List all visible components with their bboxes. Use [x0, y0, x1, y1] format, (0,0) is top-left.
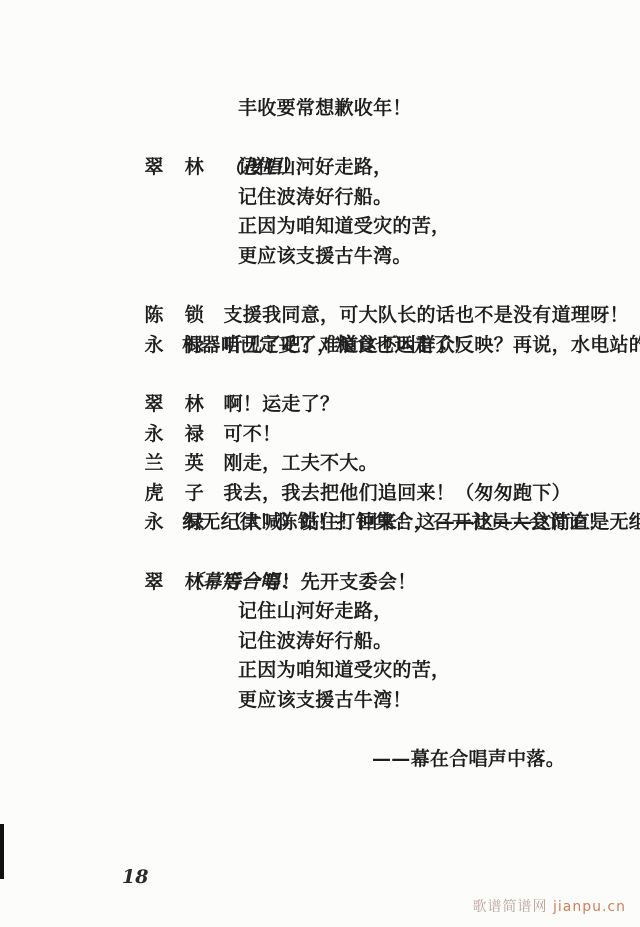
verse-line: 记住山河好走路， [0, 597, 640, 627]
speaker-name: 翠 林 [145, 390, 224, 420]
dialogue-line: 翠 林啊！运走了？ [0, 360, 640, 390]
verse-line: 记住波涛好行船。 [0, 183, 640, 213]
speaker-name: 兰 英 [145, 449, 224, 479]
dialogue-line: 翠 林（接唱） [0, 124, 640, 154]
dialogue-line: 翠 林等一等！先开支委会！ [0, 538, 640, 568]
verse-line: 正因为咱知道受灾的苦， [0, 656, 640, 686]
dialogue-line: 陈 锁支援我同意，可大队长的话也不是没有道理呀！ [0, 272, 640, 302]
verse-line: 记住波涛好行船。 [0, 627, 640, 657]
dialogue-text: 可不！ [224, 423, 282, 445]
verse-line: 更应该支援古牛湾。 [0, 242, 640, 272]
dialogue-text: 我去，我去把他们追回来！（匆匆跑下） [224, 482, 571, 504]
speaker-name: 翠 林 [145, 153, 224, 183]
dialogue-continuation: 织无纪律！陈锁！打钟集合，召开社员大会讨论！ [0, 508, 640, 538]
watermark-site-name: 歌谱简谱网 [473, 899, 548, 915]
watermark-site-url: jianpu.cn [553, 899, 626, 915]
speaker-name: 陈 锁 [145, 301, 224, 331]
verse-line: 正因为咱知道受灾的苦， [0, 212, 640, 242]
verse-line: 记住山河好走路， [0, 153, 640, 183]
verse-line: 更应该支援古牛湾！ [0, 686, 640, 716]
page-number: 18 [122, 866, 148, 888]
speaker-name: 虎 子 [145, 479, 224, 509]
watermark: 歌谱简谱网 jianpu.cn [473, 896, 626, 916]
speaker-name: 永 禄 [145, 420, 224, 450]
dialogue-text: 啊！运走了？ [224, 393, 340, 415]
dialogue-text: 支援我同意，可大队长的话也不是没有道理呀！ [224, 304, 629, 326]
curtain-ending-line: ——幕在合唱声中落。 [0, 745, 640, 775]
dialogue-text: 刚走，工夫不大。 [224, 452, 378, 474]
scanned-script-page: 丰收要常想歉收年！ 翠 林（接唱） 记住山河好走路， 记住波涛好行船。 正因为咱… [0, 0, 640, 927]
scan-edge-artifact [0, 824, 4, 879]
verse-line: 丰收要常想歉收年！ [0, 94, 640, 124]
script-body: 丰收要常想歉收年！ 翠 林（接唱） 记住山河好走路， 记住波涛好行船。 正因为咱… [0, 94, 640, 775]
dialogue-line: 兰 英刚走，工夫不大。 [0, 420, 640, 450]
